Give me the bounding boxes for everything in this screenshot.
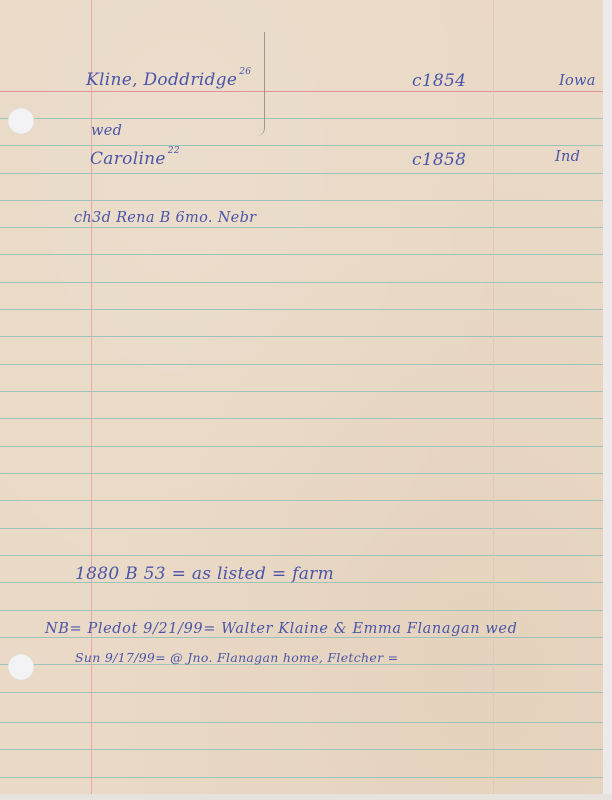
nb-note-line-2: Sun 9/17/99= @ Jno. Flanagan home, Fletc…: [75, 652, 398, 665]
notebook-page: Kline, Doddridge26 c1854 Iowa wed Caroli…: [0, 0, 603, 794]
entry-place: Iowa: [559, 74, 596, 89]
census-note: 1880 B 53 = as listed = farm: [75, 566, 334, 583]
nb-note-line-1: NB= Pledot 9/21/99= Walter Klaine & Emma…: [45, 622, 517, 637]
age-superscript: 22: [168, 146, 180, 156]
child-note: ch3d Rena B 6mo. Nebr: [74, 211, 256, 226]
hole-punch-bottom: [8, 654, 34, 680]
person-name: Caroline: [90, 149, 166, 169]
entry-name-kline-doddridge: Kline, Doddridge26: [86, 72, 251, 89]
entry-year: c1858: [412, 152, 466, 169]
person-name: Kline, Doddridge: [86, 70, 237, 90]
pencil-bracket-mark: [256, 32, 265, 136]
left-margin-line: [91, 0, 92, 794]
relation-label: wed: [91, 124, 122, 139]
age-superscript: 26: [239, 67, 251, 77]
scan-background-strip: [603, 0, 612, 800]
entry-name-caroline: Caroline22: [90, 151, 180, 168]
entry-place: Ind: [555, 150, 580, 165]
fold-crease: [493, 0, 494, 794]
scan-bottom-edge: [0, 794, 612, 800]
entry-year: c1854: [412, 73, 466, 90]
hole-punch-top: [8, 108, 34, 134]
